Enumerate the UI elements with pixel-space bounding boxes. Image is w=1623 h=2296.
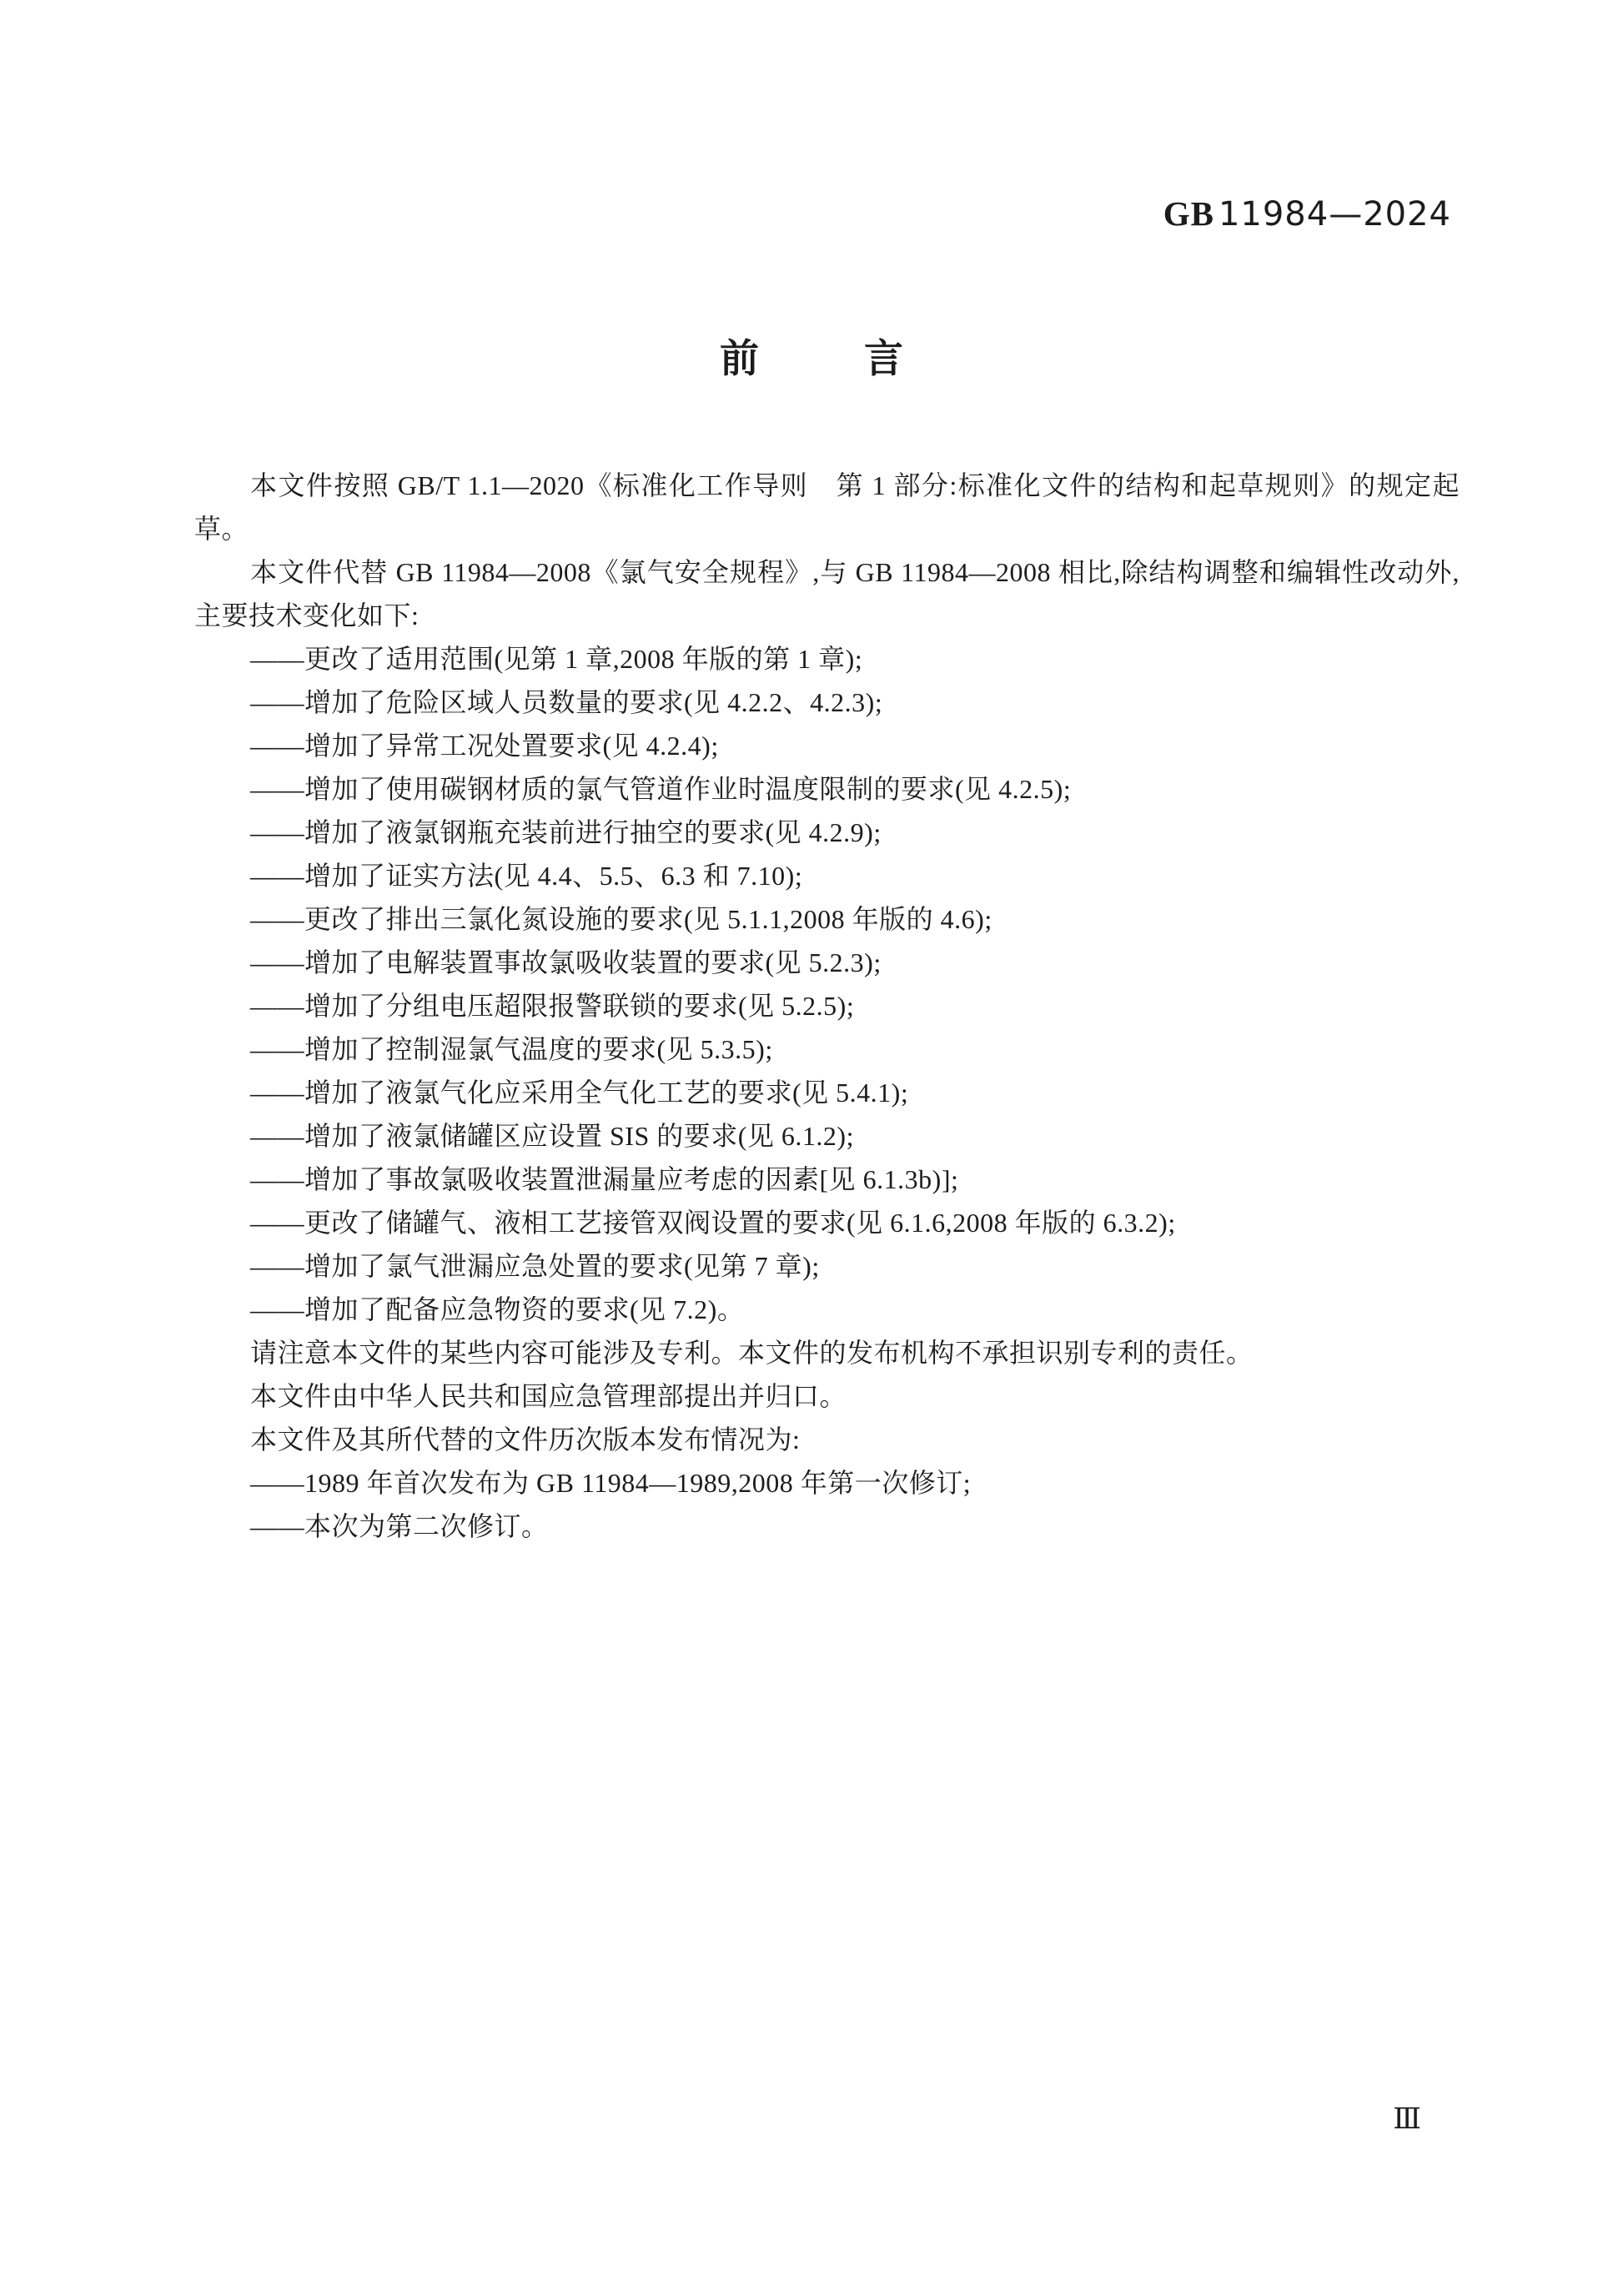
change-item: ——更改了排出三氯化氮设施的要求(见 5.1.1,2008 年版的 4.6); [194, 897, 1460, 941]
page-title: 前 言 [0, 337, 1623, 380]
page-number: Ⅲ [1393, 2102, 1421, 2137]
change-item: ——增加了氯气泄漏应急处置的要求(见第 7 章); [194, 1244, 1460, 1288]
change-item: ——增加了分组电压超限报警联锁的要求(见 5.2.5); [194, 984, 1460, 1027]
change-item: ——增加了液氯气化应采用全气化工艺的要求(见 5.4.1); [194, 1071, 1460, 1114]
change-item: ——增加了配备应急物资的要求(见 7.2)。 [194, 1288, 1460, 1331]
change-item: ——增加了电解装置事故氯吸收装置的要求(见 5.2.3); [194, 941, 1460, 984]
history-item: ——1989 年首次发布为 GB 11984—1989,2008 年第一次修订; [194, 1461, 1460, 1505]
change-item: ——增加了事故氯吸收装置泄漏量应考虑的因素[见 6.1.3b)]; [194, 1158, 1460, 1201]
standard-code-prefix: GB [1163, 194, 1214, 233]
history-item: ——本次为第二次修订。 [194, 1505, 1460, 1548]
standard-code-number: 11984—2024 [1219, 195, 1451, 234]
change-item: ——更改了适用范围(见第 1 章,2008 年版的第 1 章); [194, 637, 1460, 681]
change-item: ——增加了证实方法(见 4.4、5.5、6.3 和 7.10); [194, 854, 1460, 897]
paragraph-replacement-note: 本文件代替 GB 11984—2008《氯气安全规程》,与 GB 11984—2… [194, 550, 1460, 637]
change-item: ——增加了异常工况处置要求(见 4.2.4); [194, 724, 1460, 767]
standard-code: GB 11984—2024 [1163, 193, 1451, 234]
foreword-body: 本文件按照 GB/T 1.1—2020《标准化工作导则 第 1 部分:标准化文件… [194, 464, 1460, 1548]
change-item: ——增加了使用碳钢材质的氯气管道作业时温度限制的要求(见 4.2.5); [194, 767, 1460, 811]
page-title-char-1: 前 [720, 337, 759, 380]
paragraph-history-intro: 本文件及其所代替的文件历次版本发布情况为: [194, 1418, 1460, 1461]
change-item: ——增加了液氯储罐区应设置 SIS 的要求(见 6.1.2); [194, 1114, 1460, 1158]
change-item: ——增加了控制湿氯气温度的要求(见 5.3.5); [194, 1027, 1460, 1071]
page-title-char-2: 言 [864, 337, 903, 380]
change-item: ——更改了储罐气、液相工艺接管双阀设置的要求(见 6.1.6,2008 年版的 … [194, 1201, 1460, 1244]
document-page: GB 11984—2024 前 言 本文件按照 GB/T 1.1—2020《标准… [0, 0, 1623, 2296]
change-item: ——增加了危险区域人员数量的要求(见 4.2.2、4.2.3); [194, 681, 1460, 724]
paragraph-drafting-rule: 本文件按照 GB/T 1.1—2020《标准化工作导则 第 1 部分:标准化文件… [194, 464, 1460, 550]
change-item: ——增加了液氯钢瓶充装前进行抽空的要求(见 4.2.9); [194, 811, 1460, 854]
paragraph-patent-note: 请注意本文件的某些内容可能涉及专利。本文件的发布机构不承担识别专利的责任。 [194, 1331, 1460, 1374]
paragraph-issuer-note: 本文件由中华人民共和国应急管理部提出并归口。 [194, 1374, 1460, 1418]
